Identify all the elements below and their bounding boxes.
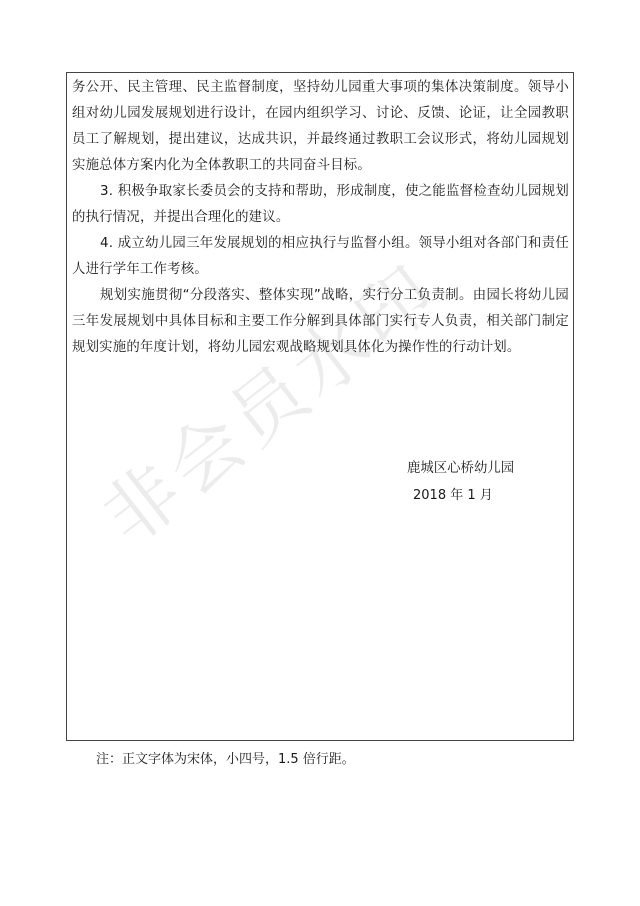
paragraph-continuation: 务公开、民主管理、民主监督制度，坚持幼儿园重大事项的集体决策制度。领导小组对幼儿… bbox=[72, 75, 569, 179]
paragraph-item-4: 4. 成立幼儿园三年发展规划的相应执行与监督小组。领导小组对各部门和责任人进行学… bbox=[72, 231, 569, 283]
signature-organization: 鹿城区心桥幼儿园 bbox=[407, 457, 514, 476]
signature-date: 2018 年 1 月 bbox=[413, 484, 493, 503]
footnote: 注：正文字体为宋体，小四号，1.5 倍行距。 bbox=[96, 748, 355, 767]
document-page: 务公开、民主管理、民主监督制度，坚持幼儿园重大事项的集体决策制度。领导小组对幼儿… bbox=[0, 0, 640, 906]
paragraph-item-3: 3. 积极争取家长委员会的支持和帮助，形成制度，使之能监督检查幼儿园规划的执行情… bbox=[72, 179, 569, 231]
paragraph-implementation: 规划实施贯彻“分段落实、整体实现”战略，实行分工负责制。由园长将幼儿园三年发展规… bbox=[72, 283, 569, 361]
content-box: 务公开、民主管理、民主监督制度，坚持幼儿园重大事项的集体决策制度。领导小组对幼儿… bbox=[66, 72, 574, 741]
